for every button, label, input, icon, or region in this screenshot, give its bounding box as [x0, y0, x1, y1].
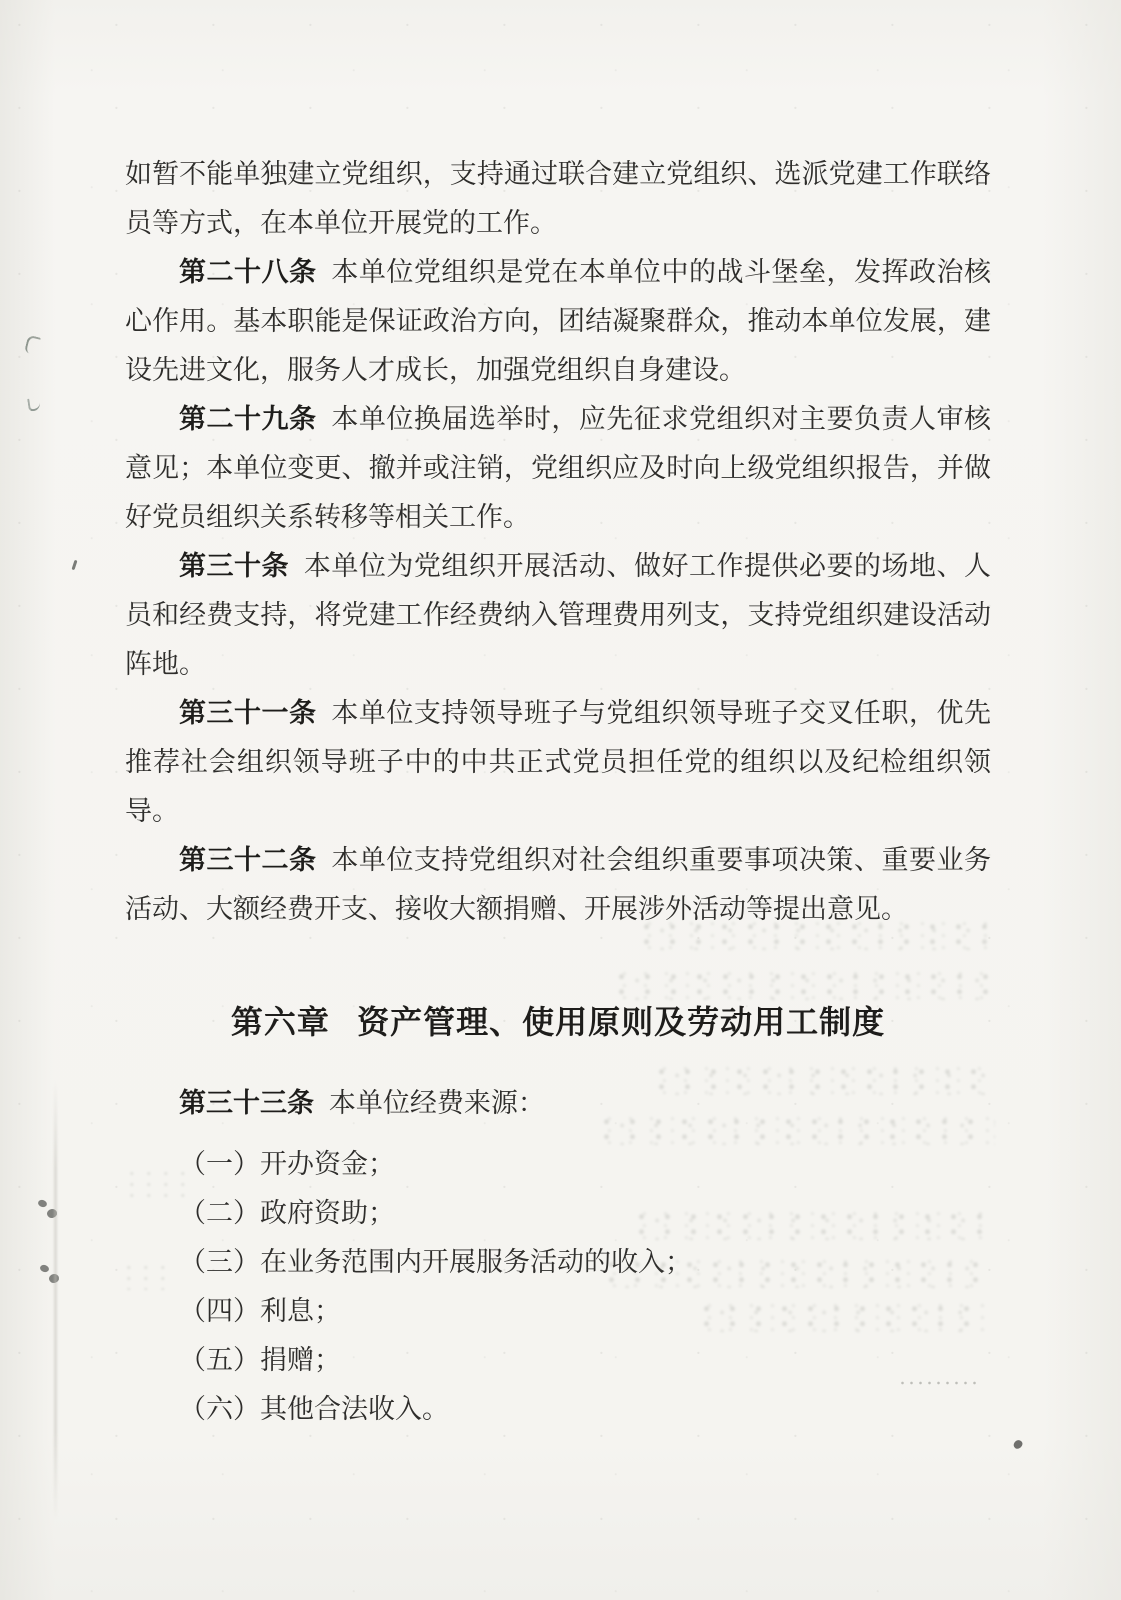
funding-item-6: （六）其他合法收入。 — [125, 1385, 991, 1434]
article-30-paragraph: 第三十条本单位为党组织开展活动、做好工作提供必要的场地、人员和经费支持，将党建工… — [125, 542, 991, 689]
funding-item-3: （三）在业务范围内开展服务活动的收入； — [125, 1238, 991, 1287]
chapter-heading: 第六章资产管理、使用原则及劳动用工制度 — [125, 998, 991, 1047]
article-31-paragraph: 第三十一条本单位支持领导班子与党组织领导班子交叉任职，优先推荐社会组织领导班子中… — [125, 689, 991, 836]
funding-item-2: （二）政府资助； — [125, 1189, 991, 1238]
article-29-paragraph: 第二十九条本单位换届选举时，应先征求党组织对主要负责人审核意见；本单位变更、撤并… — [125, 395, 991, 542]
smudge-curl-1 — [24, 335, 41, 356]
article-33-text: 本单位经费来源： — [329, 1088, 545, 1118]
article-31-label: 第三十一条 — [179, 698, 317, 728]
funding-item-1: （一）开办资金； — [125, 1140, 991, 1189]
article-30-label: 第三十条 — [179, 551, 289, 581]
smudge-curl-2 — [27, 397, 41, 412]
funding-item-4: （四）利息； — [125, 1287, 991, 1336]
funding-item-5: （五）捐赠； — [125, 1336, 991, 1385]
article-28-label: 第二十八条 — [179, 257, 317, 287]
scanned-document-page: 如暂不能单独建立党组织，支持通过联合建立党组织、选派党建工作联络员等方式，在本单… — [0, 0, 1121, 1600]
article-28-paragraph: 第二十八条本单位党组织是党在本单位中的战斗堡垒，发挥政治核心作用。基本职能是保证… — [125, 248, 991, 395]
chapter-title: 资产管理、使用原则及劳动用工制度 — [357, 1004, 885, 1040]
article-32-label: 第三十二条 — [179, 845, 317, 875]
ink-tick — [72, 560, 78, 570]
article-32-paragraph: 第三十二条本单位支持党组织对社会组织重要事项决策、重要业务活动、大额经费开支、接… — [125, 836, 991, 934]
chapter-number: 第六章 — [231, 1004, 330, 1040]
article-33-paragraph: 第三十三条本单位经费来源： — [125, 1079, 991, 1128]
article-29-label: 第二十九条 — [179, 404, 317, 434]
article-33-label: 第三十三条 — [179, 1088, 314, 1118]
paragraph-continuation: 如暂不能单独建立党组织，支持通过联合建立党组织、选派党建工作联络员等方式，在本单… — [125, 150, 991, 248]
ink-speck-bottom-right — [1012, 1439, 1023, 1451]
document-content: 如暂不能单独建立党组织，支持通过联合建立党组织、选派党建工作联络员等方式，在本单… — [125, 150, 991, 1434]
scan-crease — [54, 1080, 57, 1520]
